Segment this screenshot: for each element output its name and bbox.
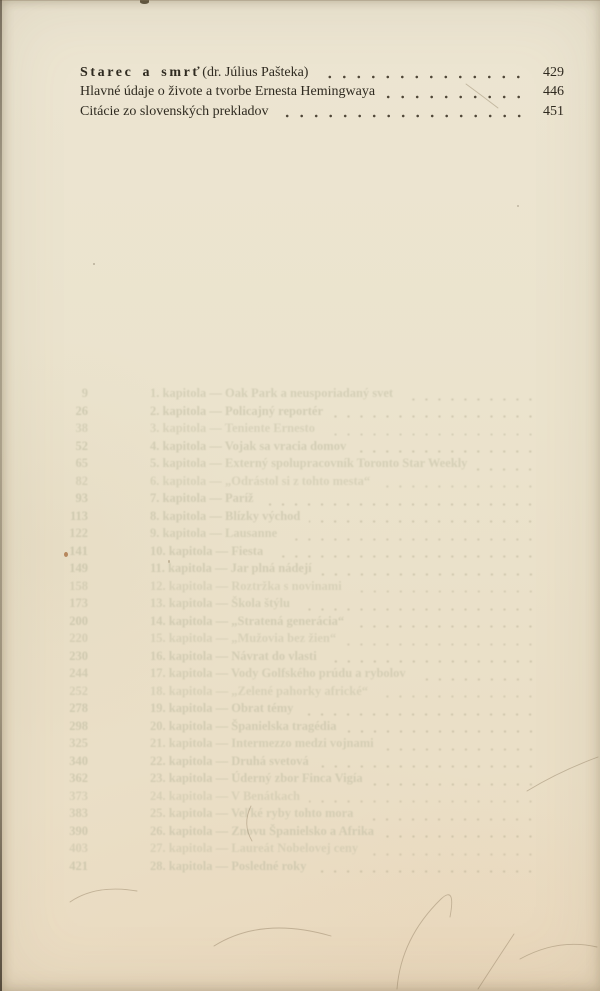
- ghost-chapter-label: 4. kapitola — Vojak sa vracia domov: [150, 439, 346, 454]
- ghost-chapter-label: 8. kapitola — Blízky východ: [150, 509, 300, 524]
- ghost-page-number: 244: [60, 666, 88, 681]
- ghost-dot-leader: [355, 450, 537, 453]
- ghost-dot-leader: [299, 608, 537, 611]
- ghost-toc-entry: 390 26. kapitola — Znovu Španielsko a Af…: [60, 824, 539, 842]
- ghost-chapter-label: 9. kapitola — Lausanne: [150, 526, 277, 541]
- paper-speck: [168, 560, 170, 563]
- ghost-dot-leader: [318, 765, 537, 768]
- ghost-chapter-label: 17. kapitola — Vody Golfského prúdu a ry…: [150, 666, 406, 681]
- ghost-page-number: 230: [60, 649, 88, 664]
- ghost-dot-leader: [326, 660, 537, 663]
- ghost-page-number: 373: [60, 789, 88, 804]
- ghost-page-number: 173: [60, 596, 88, 611]
- ghost-page-number: 403: [60, 841, 88, 856]
- ghost-page-number: 113: [60, 509, 88, 524]
- ghost-toc-entry: 26 2. kapitola — Policajný reportér: [60, 404, 539, 422]
- ghost-show-through-toc: 9 1. kapitola — Oak Park a neusporiadaný…: [60, 386, 539, 876]
- page-left-edge: [0, 0, 2, 991]
- ghost-chapter-label: 2. kapitola — Policajný reportér: [150, 404, 323, 419]
- ghost-page-number: 38: [60, 421, 88, 436]
- paper-speck: [517, 205, 519, 207]
- ghost-toc-entry: 278 19. kapitola — Obrat témy: [60, 701, 539, 719]
- ghost-dot-leader: [345, 643, 537, 646]
- ghost-toc-entry: 220 15. kapitola — „Mužovia bez žien“: [60, 631, 539, 649]
- ghost-chapter-label: 11. kapitola — Jar plná nádejí: [150, 561, 312, 576]
- dot-leader: [318, 75, 526, 79]
- dot-leader: [385, 95, 526, 99]
- ghost-page-number: 340: [60, 754, 88, 769]
- ghost-page-number: 362: [60, 771, 88, 786]
- ghost-page-number: 220: [60, 631, 88, 646]
- ghost-page-number: 278: [60, 701, 88, 716]
- ghost-dot-leader: [383, 748, 537, 751]
- ghost-page-number: 65: [60, 456, 88, 471]
- ghost-toc-entry: 200 14. kapitola — „Stratená generácia“: [60, 614, 539, 632]
- ghost-chapter-label: 12. kapitola — Roztržka s novinami: [150, 579, 342, 594]
- ghost-chapter-label: 25. kapitola — Veľké ryby tohto mora: [150, 806, 353, 821]
- ghost-dot-leader: [377, 695, 537, 698]
- ghost-dot-leader: [372, 783, 537, 786]
- ghost-chapter-label: 16. kapitola — Návrat do vlasti: [150, 649, 317, 664]
- ghost-chapter-label: 10. kapitola — Fiesta: [150, 544, 263, 559]
- dot-leader: [279, 114, 526, 118]
- ghost-dot-leader: [315, 870, 537, 873]
- ghost-toc-entry: 421 28. kapitola — Posledné roky: [60, 859, 539, 877]
- ghost-chapter-label: 3. kapitola — Teniente Ernesto: [150, 421, 315, 436]
- ghost-toc-entry: 373 24. kapitola — V Benátkach: [60, 789, 539, 807]
- ghost-page-number: 122: [60, 526, 88, 541]
- ghost-page-number: 26: [60, 404, 88, 419]
- ghost-chapter-label: 6. kapitola — „Odrástol si z tohto mesta…: [150, 474, 370, 489]
- ghost-toc-entry: 158 12. kapitola — Roztržka s novinami: [60, 579, 539, 597]
- ghost-toc-entry: 403 27. kapitola — Laureát Nobelovej cen…: [60, 841, 539, 859]
- ghost-page-number: 298: [60, 719, 88, 734]
- ghost-toc-entry: 298 20. kapitola — Španielska tragédia: [60, 719, 539, 737]
- ghost-dot-leader: [351, 590, 537, 593]
- ghost-chapter-label: 14. kapitola — „Stratená generácia“: [150, 614, 344, 629]
- toc-entry-title: Hlavné údaje o živote a tvorbe Ernesta H…: [80, 82, 375, 101]
- ghost-chapter-label: 13. kapitola — Škola štýlu: [150, 596, 290, 611]
- ghost-dot-leader: [379, 485, 537, 488]
- ghost-dot-leader: [302, 713, 537, 716]
- toc-entry-page-number: 446: [530, 82, 564, 101]
- ghost-toc-entry: 149 11. kapitola — Jar plná nádejí: [60, 561, 539, 579]
- ghost-chapter-label: 19. kapitola — Obrat témy: [150, 701, 293, 716]
- paper-speck: [93, 263, 95, 265]
- ghost-toc-entry: 173 13. kapitola — Škola štýlu: [60, 596, 539, 614]
- ghost-toc-entry: 141 10. kapitola — Fiesta: [60, 544, 539, 562]
- ghost-chapter-label: 18. kapitola — „Zelené pahorky africké“: [150, 684, 368, 699]
- ghost-toc-entry: 383 25. kapitola — Veľké ryby tohto mora: [60, 806, 539, 824]
- ghost-page-number: 158: [60, 579, 88, 594]
- ghost-toc-entry: 244 17. kapitola — Vody Golfského prúdu …: [60, 666, 539, 684]
- ghost-page-number: 93: [60, 491, 88, 506]
- ghost-page-number: 383: [60, 806, 88, 821]
- ghost-chapter-label: 1. kapitola — Oak Park a neusporiadaný s…: [150, 386, 393, 401]
- ghost-toc-entry: 252 18. kapitola — „Zelené pahorky afric…: [60, 684, 539, 702]
- ghost-dot-leader: [402, 398, 537, 401]
- ghost-toc-entry: 9 1. kapitola — Oak Park a neusporiadaný…: [60, 386, 539, 404]
- ghost-chapter-label: 28. kapitola — Posledné roky: [150, 859, 306, 874]
- page-top-edge: [0, 0, 600, 1]
- ghost-page-number: 9: [60, 386, 88, 401]
- ghost-dot-leader: [309, 520, 537, 523]
- ghost-chapter-label: 21. kapitola — Intermezzo medzi vojnami: [150, 736, 374, 751]
- ghost-chapter-label: 22. kapitola — Druhá svetová: [150, 754, 309, 769]
- ghost-toc-entry: 122 9. kapitola — Lausanne: [60, 526, 539, 544]
- ghost-page-number: 390: [60, 824, 88, 839]
- table-of-contents: Starec a smrť (dr. Július Pašteka) 429 H…: [80, 63, 564, 121]
- ghost-toc-entry: 325 21. kapitola — Intermezzo medzi vojn…: [60, 736, 539, 754]
- ghost-toc-entry: 113 8. kapitola — Blízky východ: [60, 509, 539, 527]
- ghost-dot-leader: [321, 573, 537, 576]
- toc-entry-page-number: 451: [530, 102, 564, 121]
- ghost-dot-leader: [272, 555, 537, 558]
- ghost-dot-leader: [415, 678, 537, 681]
- ghost-dot-leader: [383, 835, 537, 838]
- ghost-chapter-label: 15. kapitola — „Mužovia bez žien“: [150, 631, 336, 646]
- ghost-toc-entry: 65 5. kapitola — Externý spolupracovník …: [60, 456, 539, 474]
- ghost-page-number: 149: [60, 561, 88, 576]
- ghost-toc-entry: 52 4. kapitola — Vojak sa vracia domov: [60, 439, 539, 457]
- ghost-chapter-label: 27. kapitola — Laureát Nobelovej ceny: [150, 841, 358, 856]
- ghost-dot-leader: [353, 625, 537, 628]
- ghost-dot-leader: [262, 503, 537, 506]
- scanned-book-page: 9 1. kapitola — Oak Park a neusporiadaný…: [0, 0, 600, 991]
- ghost-dot-leader: [362, 818, 537, 821]
- ghost-toc-entry: 230 16. kapitola — Návrat do vlasti: [60, 649, 539, 667]
- ghost-dot-leader: [286, 538, 537, 541]
- ghost-dot-leader: [476, 468, 537, 471]
- ghost-toc-entry: 362 23. kapitola — Úderný zbor Finca Vig…: [60, 771, 539, 789]
- ghost-page-number: 82: [60, 474, 88, 489]
- ghost-toc-entry: 82 6. kapitola — „Odrástol si z tohto me…: [60, 474, 539, 492]
- ghost-chapter-label: 20. kapitola — Španielska tragédia: [150, 719, 337, 734]
- ghost-dot-leader: [309, 800, 537, 803]
- ghost-page-number: 252: [60, 684, 88, 699]
- ghost-page-number: 421: [60, 859, 88, 874]
- ghost-chapter-label: 23. kapitola — Úderný zbor Finca Vigía: [150, 771, 363, 786]
- toc-entry-title-spaced: Starec a smrť: [80, 63, 202, 82]
- toc-entry-title: (dr. Július Pašteka): [202, 63, 308, 82]
- ghost-chapter-label: 7. kapitola — Paríž: [150, 491, 253, 506]
- ghost-chapter-label: 24. kapitola — V Benátkach: [150, 789, 300, 804]
- ghost-page-number: 325: [60, 736, 88, 751]
- ghost-page-number: 200: [60, 614, 88, 629]
- toc-entry: Hlavné údaje o živote a tvorbe Ernesta H…: [80, 82, 564, 101]
- ghost-dot-leader: [367, 853, 537, 856]
- toc-entry: Starec a smrť (dr. Július Pašteka) 429: [80, 63, 564, 82]
- ghost-dot-leader: [346, 730, 538, 733]
- ghost-toc-entry: 340 22. kapitola — Druhá svetová: [60, 754, 539, 772]
- toc-entry-page-number: 429: [530, 63, 564, 82]
- ghost-toc-entry: 38 3. kapitola — Teniente Ernesto: [60, 421, 539, 439]
- ghost-dot-leader: [324, 433, 537, 436]
- ghost-toc-entry: 93 7. kapitola — Paríž: [60, 491, 539, 509]
- paper-speck: [64, 552, 68, 557]
- toc-entry: Citácie zo slovenských prekladov 451: [80, 102, 564, 121]
- ghost-dot-leader: [332, 415, 537, 418]
- ghost-page-number: 52: [60, 439, 88, 454]
- toc-entry-title: Citácie zo slovenských prekladov: [80, 102, 269, 121]
- ghost-chapter-label: 5. kapitola — Externý spolupracovník Tor…: [150, 456, 467, 471]
- ghost-chapter-label: 26. kapitola — Znovu Španielsko a Afrika: [150, 824, 374, 839]
